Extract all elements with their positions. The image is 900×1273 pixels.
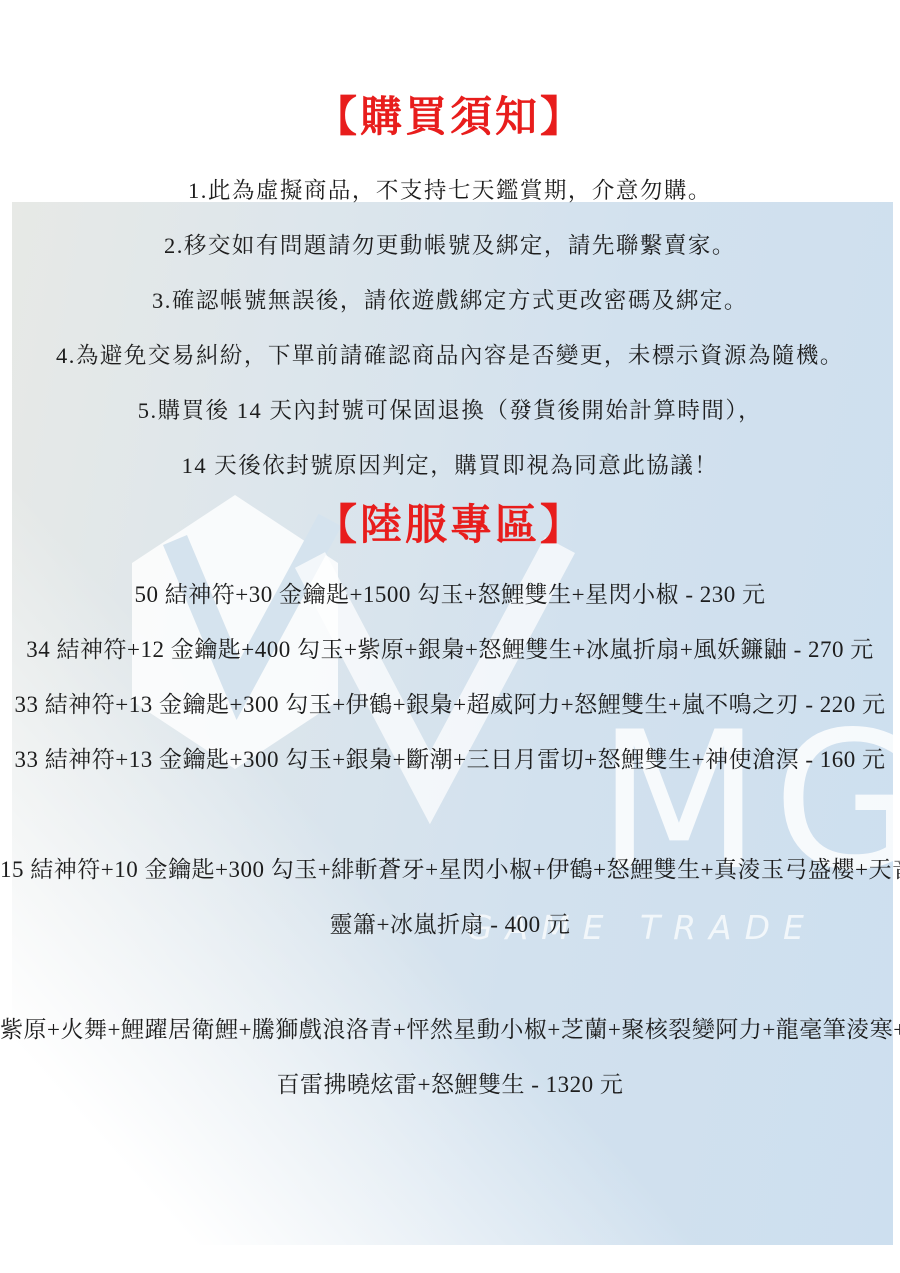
offer-line-6: 紫原+火舞+鯉躍居衛鯉+騰獅戲浪洛青+怦然星動小椒+芝蘭+聚核裂變阿力+龍毫筆淩… [0, 1010, 900, 1050]
section-title: 【陸服專區】 [0, 500, 900, 552]
offer-line-1: 50 結神符+30 金鑰匙+1500 勾玉+怒鯉雙生+星閃小椒 - 230 元 [0, 575, 900, 615]
purchase-notice-flyer: MG GAME TRADE 【購買須知】 1.此為虛擬商品，不支持七天鑑賞期，介… [0, 0, 900, 1273]
notice-line-5: 5.購買後 14 天內封號可保固退換（發貨後開始計算時間）， [0, 393, 900, 429]
notice-line-3: 3.確認帳號無誤後，請依遊戲綁定方式更改密碼及綁定。 [0, 283, 900, 319]
notice-line-6: 14 天後依封號原因判定，購買即視為同意此協議！ [0, 448, 900, 484]
offer-line-2: 34 結神符+12 金鑰匙+400 勾玉+紫原+銀梟+怒鯉雙生+冰嵐折扇+風妖鐮… [0, 630, 900, 670]
offer-line-4: 33 結神符+13 金鑰匙+300 勾玉+銀梟+斷潮+三日月雷切+怒鯉雙生+神使… [0, 740, 900, 780]
notice-line-4: 4.為避免交易糾紛，下單前請確認商品內容是否變更，未標示資源為隨機。 [0, 338, 900, 374]
offer-line-5: 15 結神符+10 金鑰匙+300 勾玉+緋斬蒼牙+星閃小椒+伊鶴+怒鯉雙生+真… [0, 850, 900, 890]
notice-line-2: 2.移交如有問題請勿更動帳號及綁定，請先聯繫賣家。 [0, 228, 900, 264]
notice-title: 【購買須知】 [0, 92, 900, 144]
offer-line-5-continued: 靈簫+冰嵐折扇 - 400 元 [0, 905, 900, 945]
offer-line-6-continued: 百雷拂曉炫雷+怒鯉雙生 - 1320 元 [0, 1065, 900, 1105]
notice-line-1: 1.此為虛擬商品，不支持七天鑑賞期，介意勿購。 [0, 173, 900, 209]
offer-line-3: 33 結神符+13 金鑰匙+300 勾玉+伊鶴+銀梟+超威阿力+怒鯉雙生+嵐不鳴… [0, 685, 900, 725]
